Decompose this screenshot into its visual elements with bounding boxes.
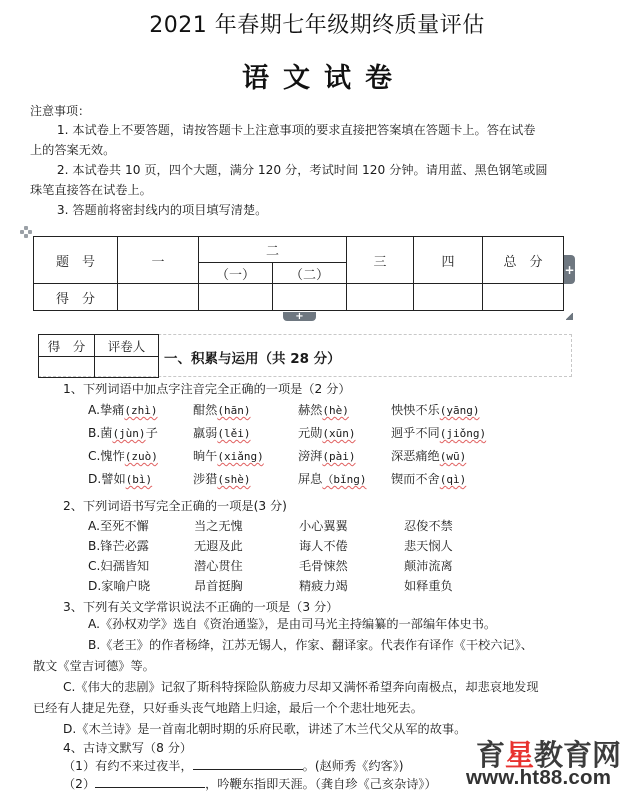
grader-name-cell[interactable] <box>95 357 159 378</box>
note-item-1-line1: 1. 本试卷上不要答题，请按答题卡上注意事项的要求直接把答案填在答题卡上。答在试… <box>30 120 590 140</box>
word: 菌 <box>100 426 112 440</box>
pinyin: (hè) <box>322 404 349 417</box>
note-item-1-line2: 上的答案无效。 <box>30 140 590 160</box>
score-table-header-label: 题 号 <box>34 237 118 284</box>
grader-score-cell[interactable] <box>39 357 95 378</box>
option-label: B. <box>88 539 100 553</box>
q2-option-c: C.妇孺皆知 潜心贯住 毛骨悚然 颠沛流离 <box>88 557 548 577</box>
word: 滂湃 <box>298 449 322 463</box>
table-resize-handle-icon[interactable] <box>566 313 573 320</box>
word: 迥乎不同 <box>391 426 440 440</box>
score-cell-total[interactable] <box>483 284 564 311</box>
q3-option-c-line2: 已经有人捷足先登，只好垂头丧气地踏上归途，最后一个个悲壮地死去。 <box>33 698 603 719</box>
grader-name-label: 评卷人 <box>95 335 159 357</box>
note-item-2-line2: 珠笔直接答在试卷上。 <box>30 180 590 200</box>
option-label: D. <box>88 472 101 486</box>
option-label: B. <box>88 426 100 440</box>
word: 如释重负 <box>404 577 453 594</box>
score-table-col-four: 四 <box>414 237 483 284</box>
word: 家喻户晓 <box>101 579 150 593</box>
q3-option-c-line1: C.《伟大的悲剧》记叙了斯科特探险队筋疲力尽却又满怀希望奔向南极点，却悲哀地发现 <box>33 677 603 698</box>
word-suffix: 子 <box>146 426 158 440</box>
word: 无遐及此 <box>194 537 243 554</box>
word: 精疲力竭 <box>299 577 348 594</box>
word: 屏息 <box>298 472 322 486</box>
score-cell-two-sub2[interactable] <box>273 284 347 311</box>
pinyin: (pài) <box>322 450 355 463</box>
score-cell-three[interactable] <box>347 284 414 311</box>
score-table-col-two-sub2: （二） <box>273 263 347 284</box>
option-label: A. <box>88 519 100 533</box>
note-item-3-line1: 3. 答题前将密封线内的项目填写清楚。 <box>30 200 590 220</box>
q2-option-b: B.锋芒必露 无遐及此 诲人不倦 悲天悯人 <box>88 537 548 557</box>
word: 锋芒必露 <box>100 539 149 553</box>
score-table-score-label: 得 分 <box>34 284 118 311</box>
q2-option-a: A.至死不懈 当之无愧 小心翼翼 忍俊不禁 <box>88 517 548 537</box>
note-item-2-line1: 2. 本试卷共 10 页，四个大题，满分 120 分，考试时间 120 分钟。请… <box>30 160 590 180</box>
word: 譬如 <box>101 472 125 486</box>
grader-table: 得 分 评卷人 <box>38 334 159 378</box>
pinyin: (jiǒng) <box>440 427 486 440</box>
word: 诲人不倦 <box>299 537 348 554</box>
word: 至死不懈 <box>100 519 149 533</box>
word: 妇孺皆知 <box>100 559 149 573</box>
pinyin: (qì) <box>440 473 467 486</box>
exam-subject-title: 语文试卷 <box>0 56 634 95</box>
poem-source: 。(赵师秀《约客》) <box>303 759 404 773</box>
word: 羸弱 <box>193 426 217 440</box>
table-move-handle-icon[interactable] <box>20 226 32 238</box>
q4-item-1: （1）有约不来过夜半，。(赵师秀《约客》) <box>63 757 404 774</box>
plus-icon: + <box>295 312 303 321</box>
poem-line-and-source: ，吟鞭东指即天涯。（龚自珍《己亥杂诗》） <box>205 777 437 791</box>
pinyin: (zhì) <box>124 404 157 417</box>
q3-option-a: A.《孙权劝学》选自《资治通鉴》，是由司马光主持编纂的一部编年体史书。 <box>33 614 603 635</box>
pinyin: (hān) <box>217 404 250 417</box>
score-cell-two-sub1[interactable] <box>199 284 273 311</box>
pinyin: (shè) <box>217 473 250 486</box>
word: 晌午 <box>193 449 217 463</box>
option-label: C. <box>88 449 100 463</box>
score-cell-one[interactable] <box>118 284 199 311</box>
word: 昂首挺胸 <box>194 577 243 594</box>
answer-blank[interactable] <box>193 757 303 770</box>
item-number: （2） <box>63 777 95 791</box>
item-number: （1） <box>63 759 95 773</box>
word: 酣然 <box>193 403 217 417</box>
q1-option-a: A.挚痛(zhì) 酣然(hān) 赫然(hè) 怏怏不乐(yāng) <box>88 401 548 421</box>
pinyin: (bì) <box>126 473 153 486</box>
pinyin: (zuò) <box>125 450 158 463</box>
section-title: 一、积累与运用（共 28 分） <box>164 347 341 367</box>
word: 当之无愧 <box>194 517 243 534</box>
word: 毛骨悚然 <box>299 557 348 574</box>
answer-blank[interactable] <box>95 775 205 788</box>
score-cell-four[interactable] <box>414 284 483 311</box>
word: 潜心贯住 <box>194 557 243 574</box>
option-label: A. <box>88 403 100 417</box>
question-2-stem: 2、下列词语书写完全正确的一项是(3 分) <box>63 497 287 514</box>
pinyin: (xiǎng) <box>217 450 263 463</box>
q1-option-d: D.譬如(bì) 涉猎(shè) 屏息（bǐng) 锲而不舍(qì) <box>88 470 548 490</box>
notes-heading: 注意事项： <box>30 102 90 119</box>
word: 悲天悯人 <box>404 537 453 554</box>
add-column-button[interactable]: + <box>564 255 575 284</box>
q1-option-c: C.愧怍(zuò) 晌午(xiǎng) 滂湃(pài) 深恶痛绝(wū) <box>88 447 548 467</box>
question-3-stem: 3、下列有关文学常识说法不正确的一项是（3 分） <box>63 598 338 615</box>
option-label: D. <box>88 579 101 593</box>
word: 忍俊不禁 <box>404 517 453 534</box>
q3-options: A.《孙权劝学》选自《资治通鉴》，是由司马光主持编纂的一部编年体史书。 B.《老… <box>33 614 603 740</box>
word: 赫然 <box>298 403 322 417</box>
score-table-col-two: 二 <box>199 237 347 263</box>
poem-line: 有约不来过夜半， <box>95 759 193 773</box>
pinyin: (xūn) <box>322 427 355 440</box>
word: 元勋 <box>298 426 322 440</box>
question-1-stem: 1、下列词语中加点字注音完全正确的一项是（2 分） <box>63 380 351 397</box>
pinyin: （bǐng) <box>322 473 366 486</box>
q3-option-b-line2: 散文《堂吉诃德》等。 <box>33 656 603 677</box>
pinyin: (wū) <box>440 450 467 463</box>
watermark-url: www.ht88.com <box>466 766 611 790</box>
score-table-col-total: 总 分 <box>483 237 564 284</box>
plus-icon: + <box>564 263 574 277</box>
word: 锲而不舍 <box>391 472 440 486</box>
q2-option-d: D.家喻户晓 昂首挺胸 精疲力竭 如释重负 <box>88 577 548 597</box>
pinyin: (lěi) <box>217 427 250 440</box>
word: 挚痛 <box>100 403 124 417</box>
word: 涉猎 <box>193 472 217 486</box>
word: 怏怏不乐 <box>391 403 440 417</box>
option-label: C. <box>88 559 100 573</box>
question-4-stem: 4、古诗文默写（8 分） <box>63 739 192 756</box>
grader-score-label: 得 分 <box>39 335 95 357</box>
pinyin: (jùn) <box>112 427 145 440</box>
score-table-col-one: 一 <box>118 237 199 284</box>
score-table-col-two-sub1: （一） <box>199 263 273 284</box>
score-table-col-three: 三 <box>347 237 414 284</box>
word: 深恶痛绝 <box>391 449 440 463</box>
notes-list: 1. 本试卷上不要答题，请按答题卡上注意事项的要求直接把答案填在答题卡上。答在试… <box>30 120 590 220</box>
pinyin: (yāng) <box>440 404 480 417</box>
q3-option-b-line1: B.《老王》的作者杨绛，江苏无锡人，作家、翻译家。代表作有译作《干校六记》、 <box>33 635 603 656</box>
word: 愧怍 <box>100 449 124 463</box>
word: 小心翼翼 <box>299 517 348 534</box>
q1-option-b: B.菌(jùn)子 羸弱(lěi) 元勋(xūn) 迥乎不同(jiǒng) <box>88 424 548 444</box>
add-row-button[interactable]: + <box>283 312 316 321</box>
q4-item-2: （2），吟鞭东指即天涯。（龚自珍《己亥杂诗》） <box>63 775 437 791</box>
exam-header-title: 2021 年春期七年级期终质量评估 <box>0 8 634 39</box>
score-table: 题 号 一 二 三 四 总 分 （一） （二） 得 分 <box>33 236 564 311</box>
word: 颠沛流离 <box>404 557 453 574</box>
